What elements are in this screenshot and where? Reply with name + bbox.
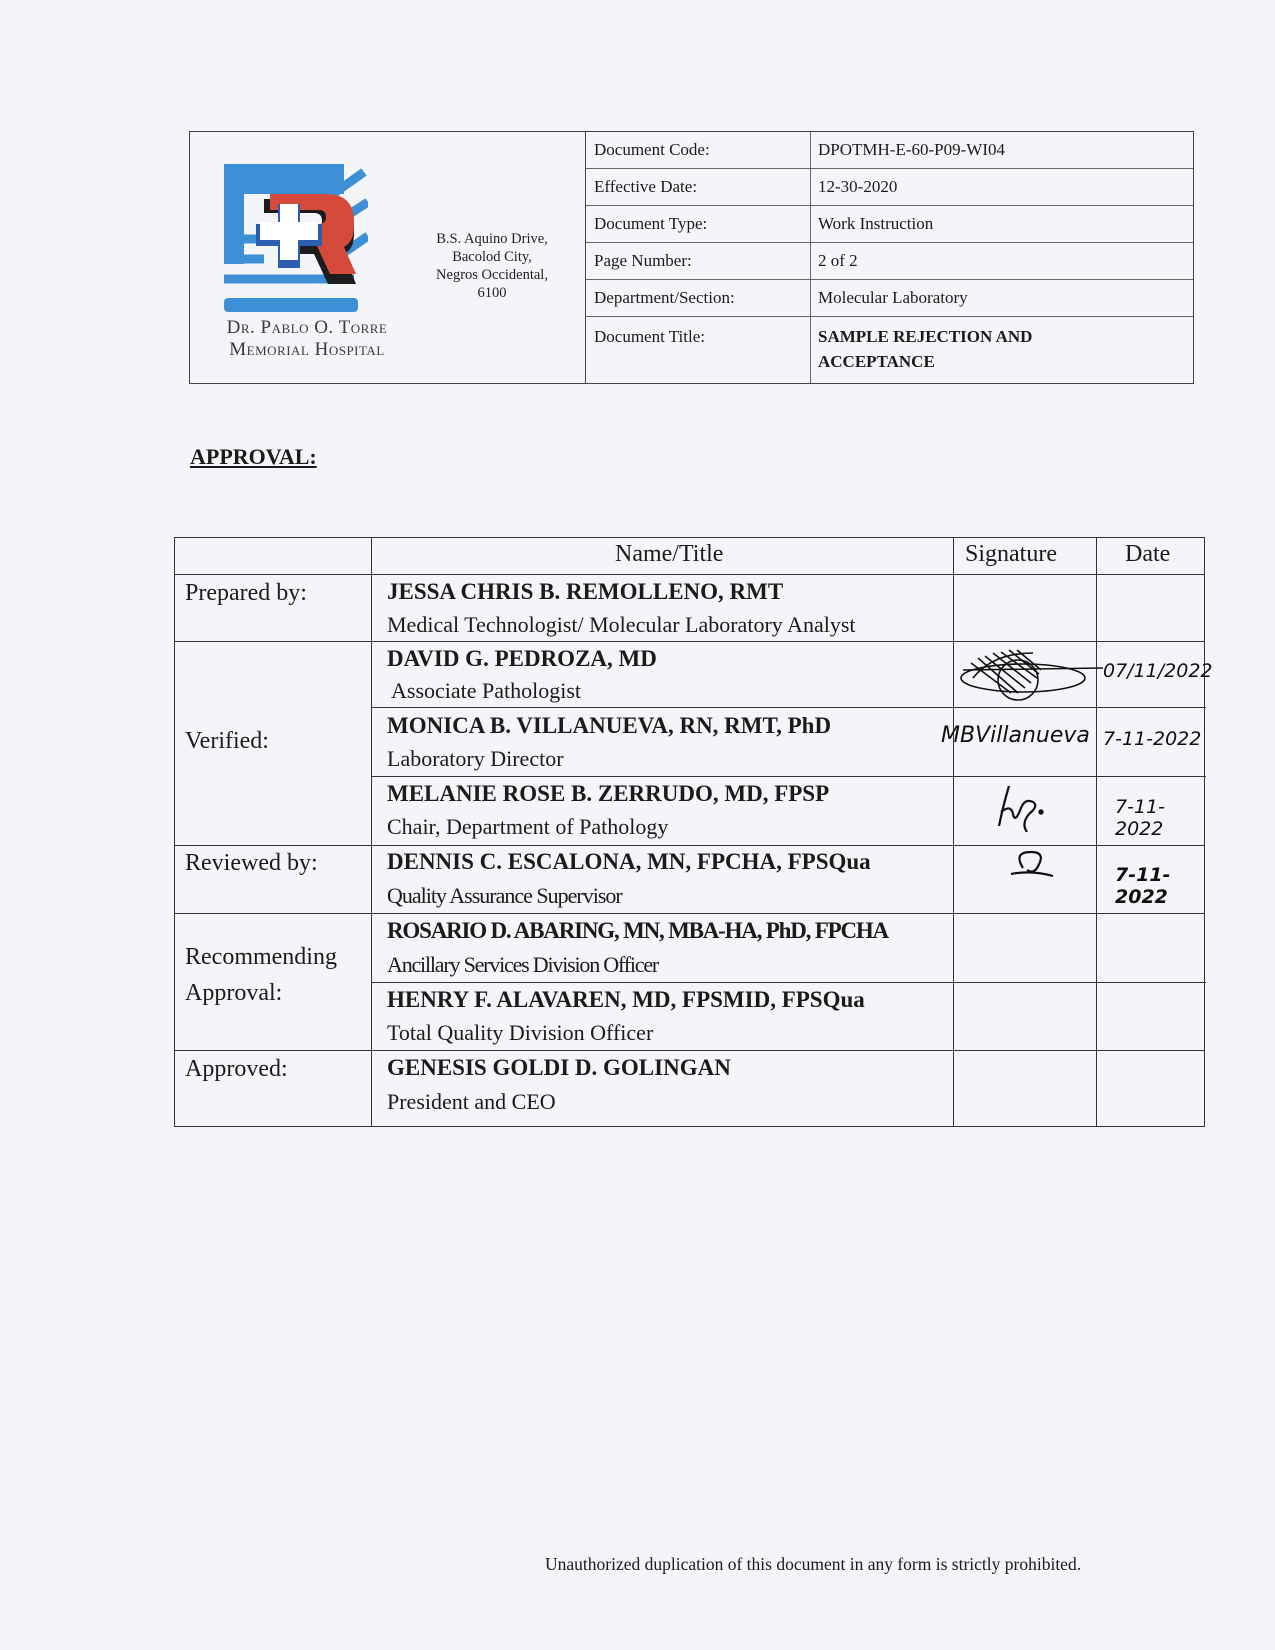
document-title-line1: SAMPLE REJECTION AND bbox=[818, 327, 1032, 347]
meta-row-document-code: Document Code: DPOTMH-E-60-P09-WI04 bbox=[586, 132, 1193, 169]
person-name: GENESIS GOLDI D. GOLINGAN bbox=[387, 1055, 731, 1081]
column-header-date: Date bbox=[1125, 541, 1170, 568]
role-label: Approved: bbox=[185, 1056, 288, 1083]
role-label: Recommending bbox=[185, 944, 337, 971]
meta-label: Effective Date: bbox=[594, 177, 697, 197]
meta-label: Document Type: bbox=[594, 214, 707, 234]
address-line: 6100 bbox=[412, 284, 572, 302]
meta-label: Department/Section: bbox=[594, 288, 735, 308]
role-label: Prepared by: bbox=[185, 580, 307, 607]
person-title: Medical Technologist/ Molecular Laborato… bbox=[387, 612, 856, 638]
hospital-logo-cross-r-icon bbox=[224, 164, 368, 314]
person-name: ROSARIO D. ABARING, MN, MBA-HA, PhD, FPC… bbox=[387, 918, 888, 944]
signature: MBVillanueva bbox=[941, 723, 1090, 748]
meta-row-page-number: Page Number: 2 of 2 bbox=[586, 243, 1193, 280]
person-name: MELANIE ROSE B. ZERRUDO, MD, FPSP bbox=[387, 781, 829, 807]
meta-value: 2 of 2 bbox=[818, 251, 858, 271]
role-label: Verified: bbox=[185, 728, 269, 755]
person-name: DAVID G. PEDROZA, MD bbox=[387, 646, 657, 672]
meta-row-document-title: Document Title: SAMPLE REJECTION AND ACC… bbox=[586, 317, 1193, 383]
document-metadata-table: Document Code: DPOTMH-E-60-P09-WI04 Effe… bbox=[586, 132, 1193, 383]
signed-date: 07/11/2022 bbox=[1103, 660, 1213, 682]
meta-value: 12-30-2020 bbox=[818, 177, 897, 197]
person-name: JESSA CHRIS B. REMOLLENO, RMT bbox=[387, 579, 783, 605]
person-title: Associate Pathologist bbox=[391, 678, 581, 704]
document-title-line2: ACCEPTANCE bbox=[818, 352, 935, 372]
footer-notice: Unauthorized duplication of this documen… bbox=[545, 1554, 1081, 1575]
meta-label: Page Number: bbox=[594, 251, 692, 271]
meta-label: Document Code: bbox=[594, 140, 710, 160]
column-divider bbox=[1096, 538, 1097, 1126]
approval-heading: APPROVAL: bbox=[190, 444, 317, 470]
signature-scribble-icon bbox=[953, 638, 1113, 708]
hospital-address: B.S. Aquino Drive, Bacolod City, Negros … bbox=[412, 230, 572, 302]
hospital-name-line2: Memorial Hospital bbox=[202, 339, 412, 361]
signed-date: 7-11-2022 bbox=[1115, 796, 1204, 840]
person-title: Total Quality Division Officer bbox=[387, 1020, 653, 1046]
column-divider bbox=[953, 538, 954, 1126]
person-title: Laboratory Director bbox=[387, 746, 564, 772]
signed-date: 7-11-2022 bbox=[1115, 864, 1204, 908]
address-line: B.S. Aquino Drive, bbox=[412, 230, 572, 248]
signature-loop-icon bbox=[1007, 848, 1057, 884]
person-title: President and CEO bbox=[387, 1089, 556, 1115]
column-header-name-title: Name/Title bbox=[615, 541, 723, 568]
hospital-name: Dr. Pablo O. Torre Memorial Hospital bbox=[202, 317, 412, 361]
person-title: Ancillary Services Division Officer bbox=[387, 952, 658, 978]
person-title: Chair, Department of Pathology bbox=[387, 814, 668, 840]
document-header: Dr. Pablo O. Torre Memorial Hospital B.S… bbox=[189, 131, 1194, 384]
meta-value: Molecular Laboratory bbox=[818, 288, 968, 308]
person-title: Quality Assurance Supervisor bbox=[387, 883, 622, 909]
meta-row-document-type: Document Type: Work Instruction bbox=[586, 206, 1193, 243]
address-line: Bacolod City, bbox=[412, 248, 572, 266]
signed-date: 7-11-2022 bbox=[1103, 728, 1201, 750]
meta-row-effective-date: Effective Date: 12-30-2020 bbox=[586, 169, 1193, 206]
column-header-signature: Signature bbox=[965, 541, 1057, 568]
person-name: DENNIS C. ESCALONA, MN, FPCHA, FPSQua bbox=[387, 849, 871, 875]
meta-row-department: Department/Section: Molecular Laboratory bbox=[586, 280, 1193, 317]
person-name: HENRY F. ALAVAREN, MD, FPSMID, FPSQua bbox=[387, 987, 865, 1013]
role-label: Reviewed by: bbox=[185, 850, 318, 877]
person-name: MONICA B. VILLANUEVA, RN, RMT, PhD bbox=[387, 713, 831, 739]
meta-label: Document Title: bbox=[594, 327, 705, 347]
hospital-name-line1: Dr. Pablo O. Torre bbox=[202, 317, 412, 339]
column-divider bbox=[371, 538, 372, 1126]
hospital-logo-cell: Dr. Pablo O. Torre Memorial Hospital B.S… bbox=[190, 132, 586, 383]
meta-value: DPOTMH-E-60-P09-WI04 bbox=[818, 140, 1005, 160]
address-line: Negros Occidental, bbox=[412, 266, 572, 284]
signature-initials-icon bbox=[995, 782, 1055, 832]
role-label: Approval: bbox=[185, 980, 282, 1007]
meta-value: Work Instruction bbox=[818, 214, 933, 234]
approval-table: Name/Title Signature Date Prepared by: J… bbox=[174, 537, 1205, 1127]
